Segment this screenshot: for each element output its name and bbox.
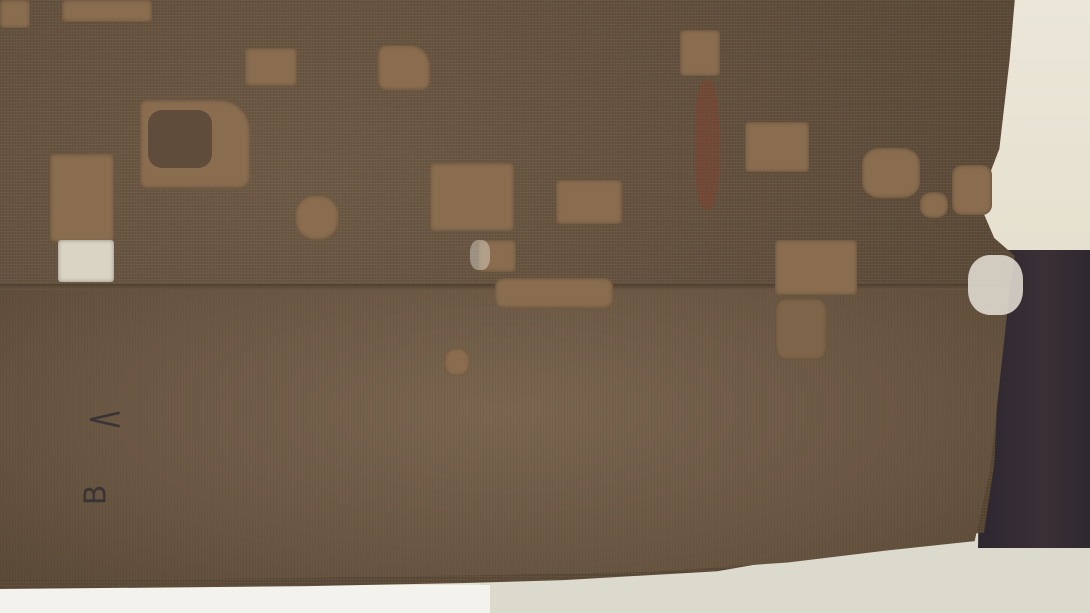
patch xyxy=(430,163,514,231)
patch xyxy=(0,0,30,28)
frayed-patch xyxy=(775,298,827,360)
small-patch xyxy=(444,348,470,376)
white-patch xyxy=(58,240,114,282)
patch xyxy=(920,192,948,218)
white-stain xyxy=(968,255,1023,315)
patch xyxy=(862,148,920,198)
patch xyxy=(62,0,152,22)
burlap-artwork: < B xyxy=(0,0,1090,613)
patch xyxy=(775,240,857,295)
round-patch xyxy=(295,195,339,240)
chevron-mark: < xyxy=(84,405,124,435)
white-stain xyxy=(470,240,490,270)
patch xyxy=(556,180,622,224)
patch xyxy=(680,30,720,76)
letter-mark: B xyxy=(81,485,111,506)
patch xyxy=(745,122,809,172)
white-strip-bottom xyxy=(0,585,490,613)
patch xyxy=(495,278,613,308)
framed-patch xyxy=(140,100,250,188)
patch xyxy=(378,45,430,90)
red-stain xyxy=(695,80,719,210)
burlap-lower xyxy=(0,288,1010,593)
patch xyxy=(50,154,114,242)
patch xyxy=(952,165,992,215)
patch xyxy=(245,48,297,86)
